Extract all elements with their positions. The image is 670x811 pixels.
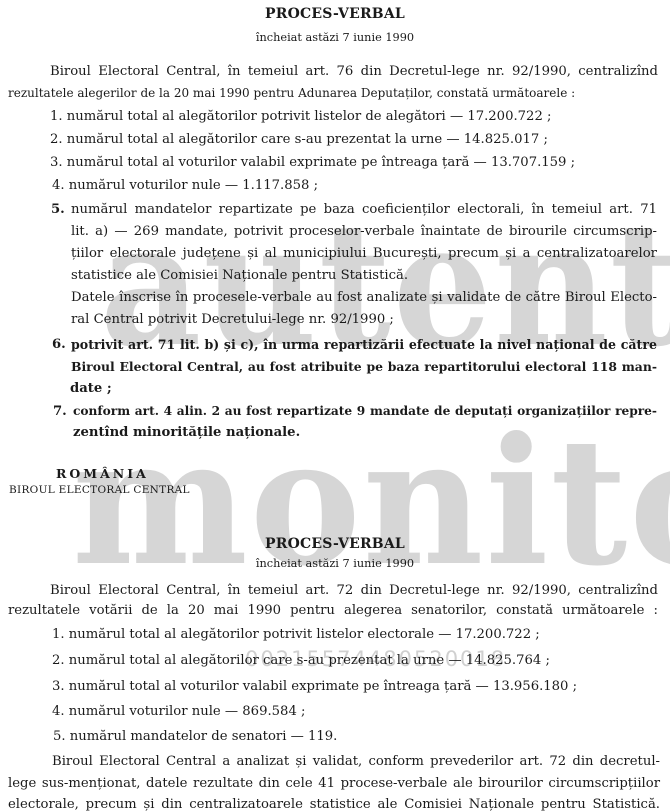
section1-item-5-number: 5. [51, 202, 65, 217]
item-number: 2. [50, 132, 63, 147]
section1-item-2: 2. numărul total al alegătorilor care s-… [50, 132, 548, 147]
section2-closing-line2: lege sus-menționat, datele rezultate din… [8, 776, 660, 791]
section1-item-7-line1: conform art. 4 alin. 2 au fost repartiza… [73, 404, 657, 418]
section2-title: PROCES-VERBAL [0, 536, 670, 552]
section2-closing-line3: electorale, precum și din centralizatoar… [8, 797, 660, 811]
section1-subtitle: încheiat astăzi 7 iunie 1990 [0, 31, 670, 44]
item-number: 4. [52, 178, 65, 193]
section1-item-6-number: 6. [52, 337, 66, 352]
section2-item-1: 1. numărul total al alegătorilor potrivi… [52, 627, 540, 642]
section1-item-6-line3: date ; [70, 381, 112, 396]
section1-intro-line2: rezultatele alegerilor de la 20 mai 1990… [8, 86, 578, 100]
item-text: numărul total al alegătorilor potrivit l… [67, 109, 552, 124]
section1-intro-line1: Biroul Electoral Central, în temeiul art… [50, 64, 658, 79]
section2-intro-line1: Biroul Electoral Central, în temeiul art… [50, 583, 658, 598]
section1-item-7-number: 7. [53, 404, 67, 419]
section2-subtitle: încheiat astăzi 7 iunie 1990 [0, 557, 670, 570]
section2-intro-line2: rezultatele votării de la 20 mai 1990 pe… [8, 603, 658, 618]
item-text: numărul total al voturilor valabil expri… [67, 155, 575, 170]
section1-item-5-line1: numărul mandatelor repartizate pe baza c… [71, 202, 657, 217]
item-text: numărul voturilor nule — 1.117.858 ; [69, 178, 318, 193]
item-number: 3. [52, 679, 65, 694]
item-number: 2. [52, 653, 65, 668]
section1-item-5-line2: lit. a) — 269 mandate, potrivit procesel… [71, 224, 657, 239]
section1-item-3: 3. numărul total al voturilor valabil ex… [50, 155, 575, 170]
section1-item-5-line3: țiilor electorale județene și al municip… [71, 246, 657, 261]
item-number: 1. [50, 109, 63, 124]
item-text: numărul total al alegătorilor care s-au … [69, 653, 550, 668]
institution-heading: BIROUL ELECTORAL CENTRAL [9, 484, 190, 496]
section1-item-6-line2: Biroul Electoral Central, au fost atribu… [71, 359, 657, 374]
item-text: numărul total al alegătorilor potrivit l… [69, 627, 540, 642]
section1-item-1: 1. numărul total al alegătorilor potrivi… [50, 109, 551, 124]
section1-item-7-line2: zentînd minoritățile naționale. [73, 425, 300, 440]
section1-title: PROCES-VERBAL [0, 6, 670, 22]
section2-item-3: 3. numărul total al voturilor valabil ex… [52, 679, 577, 694]
item-text: numărul total al voturilor valabil expri… [69, 679, 577, 694]
section2-item-2: 2. numărul total al alegătorilor care s-… [52, 653, 550, 668]
section1-item-5-line5: Datele înscrise în procesele-verbale au … [71, 290, 657, 305]
section1-item-6-line1: potrivit art. 71 lit. b) și c), în urma … [71, 337, 657, 352]
section1-item-4: 4. numărul voturilor nule — 1.117.858 ; [52, 178, 318, 193]
section2-item-4: 4. numărul voturilor nule — 869.584 ; [52, 704, 305, 719]
item-number: 3. [50, 155, 63, 170]
item-text: numărul total al alegătorilor care s-au … [67, 132, 548, 147]
item-text: numărul mandatelor de senatori — 119. [70, 729, 338, 744]
item-text: numărul voturilor nule — 869.584 ; [69, 704, 306, 719]
section1-item-5-line4: statistice ale Comisiei Naționale pentru… [71, 268, 408, 283]
section2-closing-line1: Biroul Electoral Central a analizat și v… [52, 754, 660, 769]
item-number: 1. [52, 627, 65, 642]
country-heading: ROMÂNIA [56, 466, 149, 481]
item-number: 4. [52, 704, 65, 719]
section2-item-5: 5. numărul mandatelor de senatori — 119. [53, 729, 337, 744]
section1-item-5-line6: ral Central potrivit Decretului-lege nr.… [71, 312, 394, 327]
item-number: 5. [53, 729, 66, 744]
